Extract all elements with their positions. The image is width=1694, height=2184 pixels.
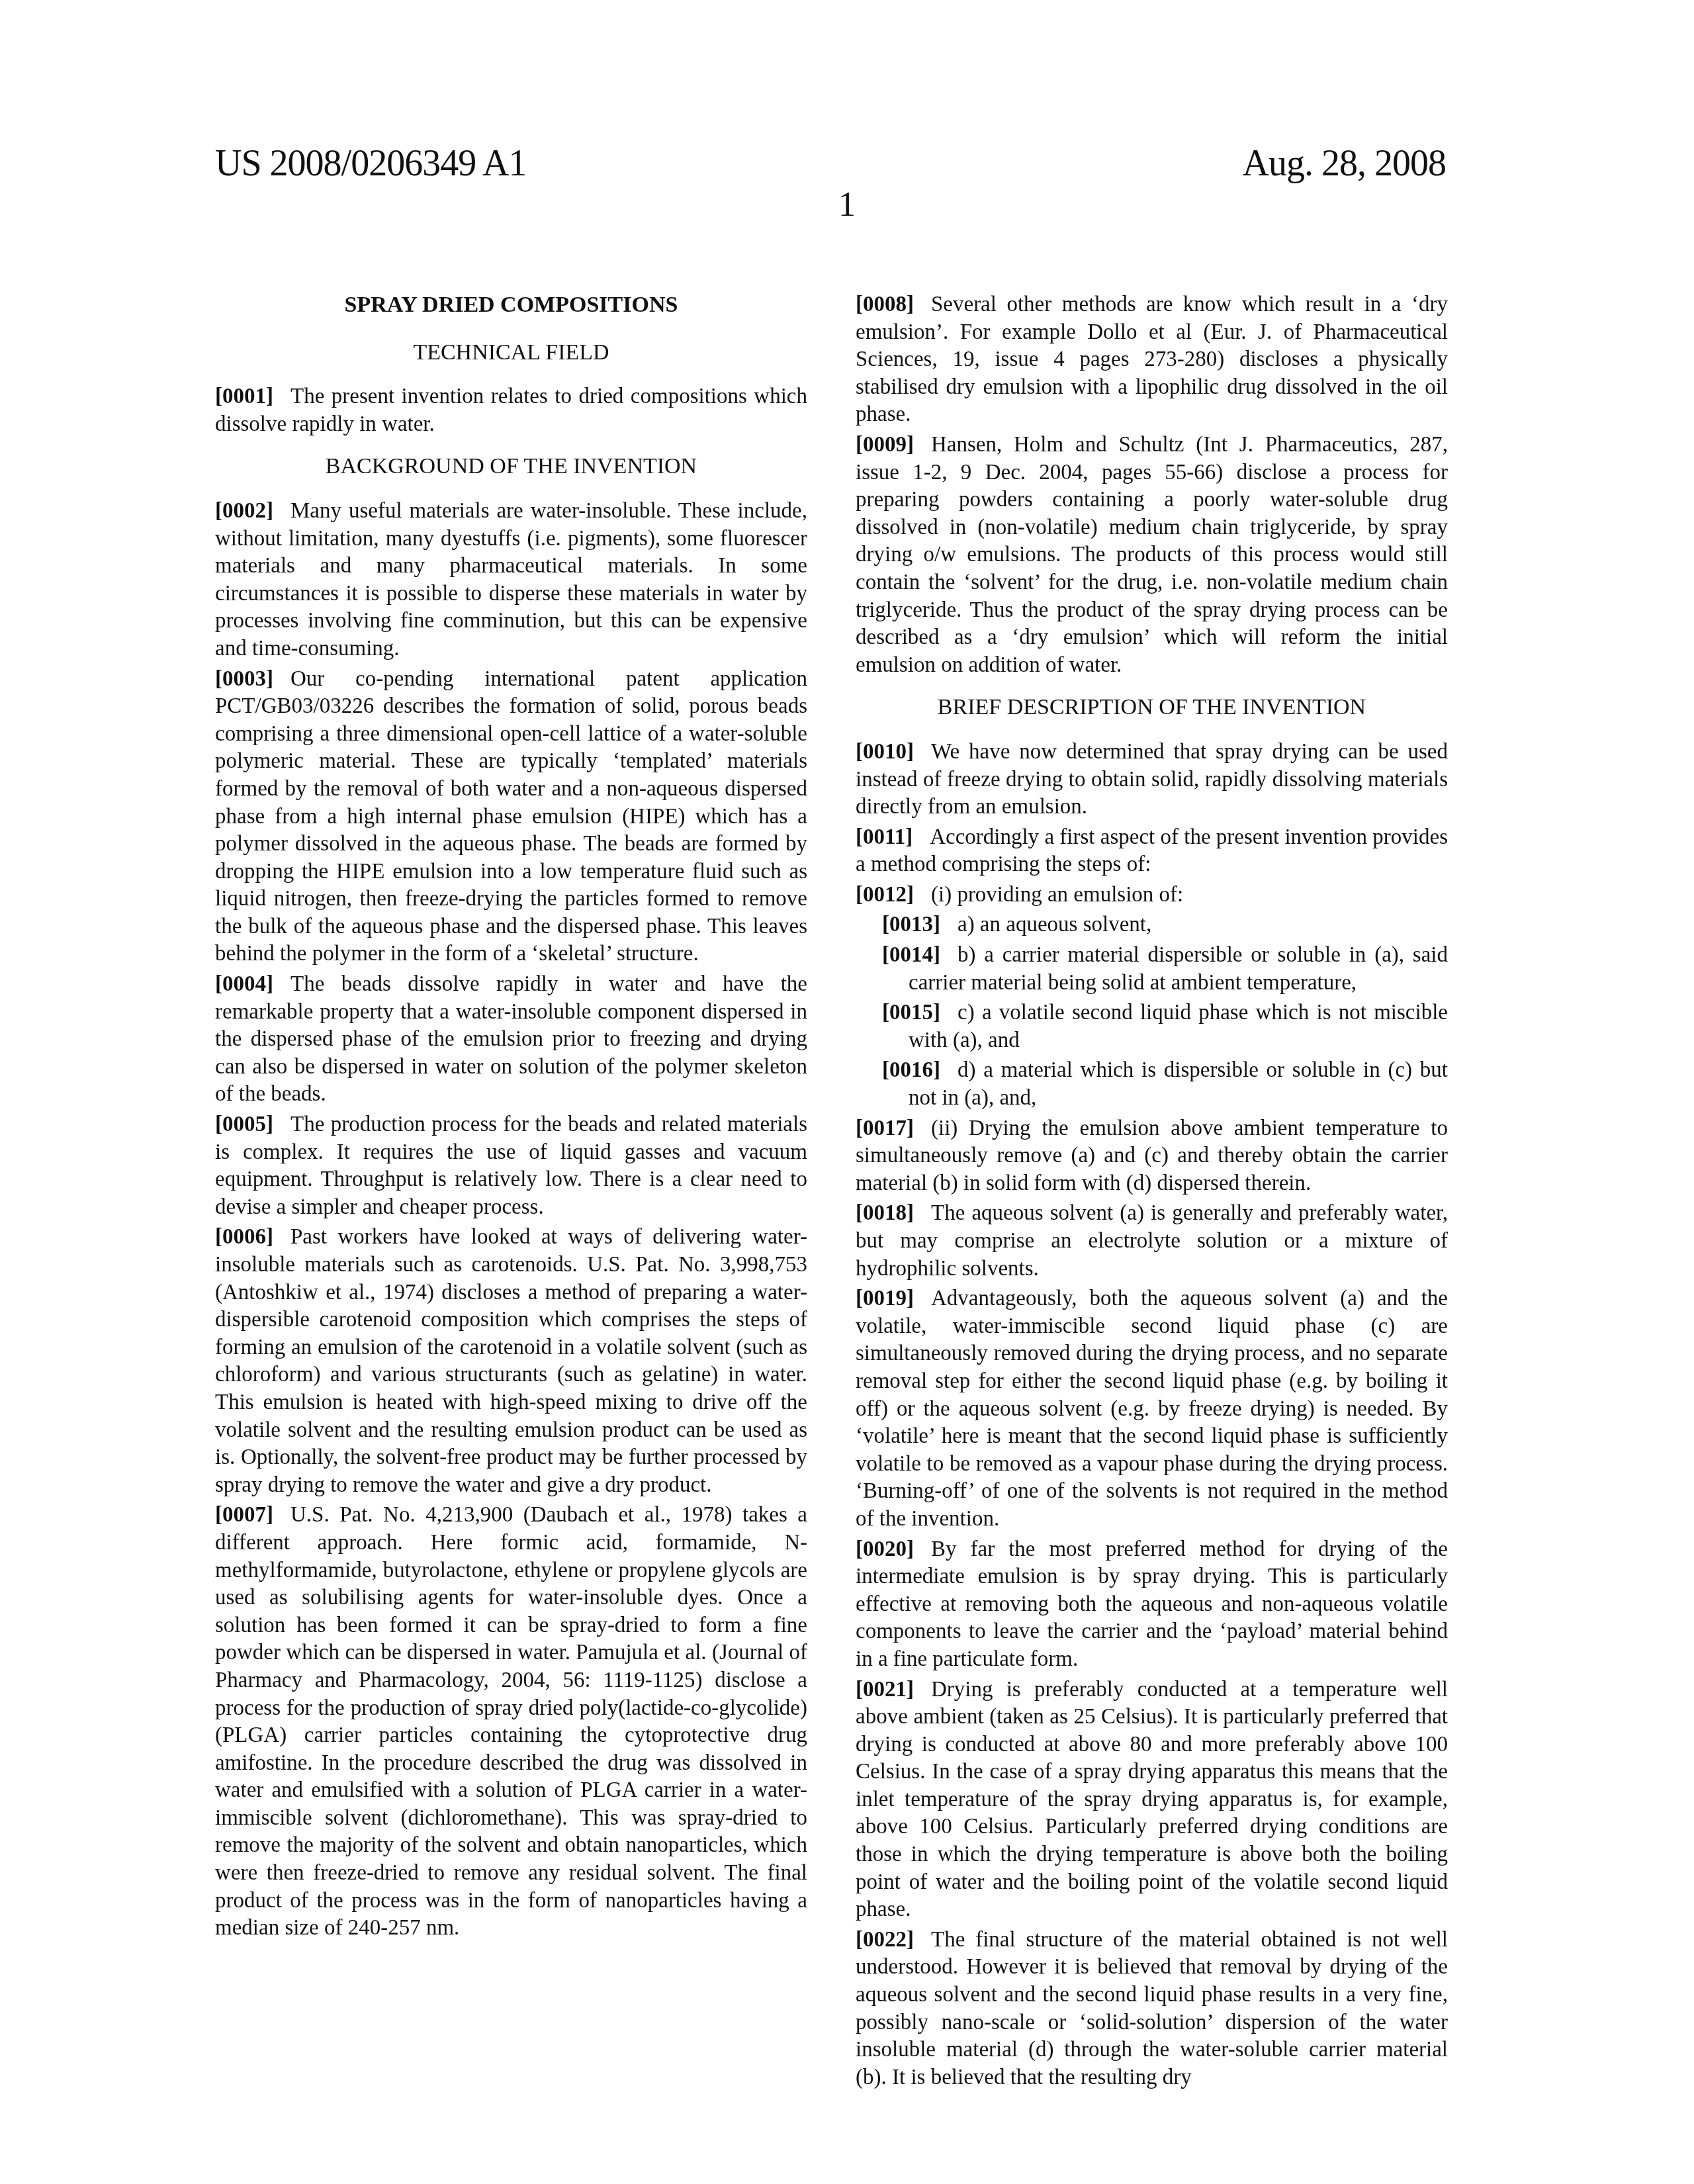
paragraph-text: Several other methods are know which res… <box>856 293 1448 426</box>
paragraph-0011: [0011]Accordingly a first aspect of the … <box>856 824 1448 879</box>
paragraph-number: [0010] <box>856 740 914 764</box>
paragraph-number: [0021] <box>856 1678 914 1702</box>
paragraph-0014: [0014]b) a carrier material dispersible … <box>882 942 1448 997</box>
paragraph-text: By far the most preferred method for dry… <box>856 1537 1448 1671</box>
paragraph-0020: [0020]By far the most preferred method f… <box>856 1536 1448 1674</box>
heading-brief-description: BRIEF DESCRIPTION OF THE INVENTION <box>856 694 1448 721</box>
paragraph-0017: [0017](ii) Drying the emulsion above amb… <box>856 1115 1448 1198</box>
paragraph-number: [0018] <box>856 1201 914 1225</box>
paragraph-0016: [0016]d) a material which is dispersible… <box>882 1057 1448 1112</box>
paragraph-number: [0020] <box>856 1537 914 1561</box>
paragraph-text: (i) providing an emulsion of: <box>931 883 1183 907</box>
paragraph-number: [0005] <box>215 1113 273 1136</box>
paragraph-0002: [0002]Many useful materials are water-in… <box>215 498 807 663</box>
patent-page: US 2008/0206349 A1 Aug. 28, 2008 1 SPRAY… <box>0 0 1694 2184</box>
paragraph-text: Many useful materials are water-insolubl… <box>215 499 807 660</box>
paragraph-number: [0017] <box>856 1116 914 1140</box>
left-column: SPRAY DRIED COMPOSITIONS TECHNICAL FIELD… <box>215 291 807 1945</box>
paragraph-text: d) a material which is dispersible or so… <box>909 1058 1448 1110</box>
right-column: [0008]Several other methods are know whi… <box>856 291 1448 2094</box>
paragraph-number: [0012] <box>856 883 914 907</box>
paragraph-text: a) an aqueous solvent, <box>958 913 1151 936</box>
paragraph-0006: [0006]Past workers have looked at ways o… <box>215 1224 807 1499</box>
paragraph-0012: [0012](i) providing an emulsion of: <box>856 882 1448 909</box>
publication-number: US 2008/0206349 A1 <box>215 142 527 185</box>
paragraph-text: (ii) Drying the emulsion above ambient t… <box>856 1116 1448 1195</box>
paragraph-text: Our co-pending international patent appl… <box>215 667 807 966</box>
paragraph-number: [0019] <box>856 1287 914 1310</box>
paragraph-text: The present invention relates to dried c… <box>215 385 807 436</box>
paragraph-0003: [0003]Our co-pending international paten… <box>215 666 807 969</box>
paragraph-0018: [0018]The aqueous solvent (a) is general… <box>856 1200 1448 1283</box>
paragraph-text: The beads dissolve rapidly in water and … <box>215 972 807 1106</box>
paragraph-text: Hansen, Holm and Schultz (Int J. Pharmac… <box>856 433 1448 677</box>
paragraph-number: [0006] <box>215 1225 273 1249</box>
heading-background: BACKGROUND OF THE INVENTION <box>215 453 807 480</box>
paragraph-number: [0014] <box>882 943 940 967</box>
paragraph-text: Advantageously, both the aqueous solvent… <box>856 1287 1448 1531</box>
paragraph-number: [0004] <box>215 972 273 996</box>
paragraph-0019: [0019]Advantageously, both the aqueous s… <box>856 1285 1448 1533</box>
paragraph-number: [0007] <box>215 1503 273 1527</box>
paragraph-0022: [0022]The final structure of the materia… <box>856 1927 1448 2092</box>
paragraph-text: The production process for the beads and… <box>215 1113 807 1219</box>
paragraph-text: b) a carrier material dispersible or sol… <box>909 943 1448 995</box>
paragraph-text: The final structure of the material obta… <box>856 1928 1448 2089</box>
paragraph-text: U.S. Pat. No. 4,213,900 (Daubach et al.,… <box>215 1503 807 1940</box>
paragraph-number: [0013] <box>882 913 940 936</box>
paragraph-number: [0001] <box>215 385 273 408</box>
paragraph-0007: [0007]U.S. Pat. No. 4,213,900 (Daubach e… <box>215 1502 807 1942</box>
paragraph-text: The aqueous solvent (a) is generally and… <box>856 1201 1448 1280</box>
paragraph-text: Drying is preferably conducted at a temp… <box>856 1678 1448 1922</box>
paragraph-0004: [0004]The beads dissolve rapidly in wate… <box>215 971 807 1109</box>
page-number: 1 <box>0 185 1694 224</box>
paragraph-0009: [0009]Hansen, Holm and Schultz (Int J. P… <box>856 432 1448 679</box>
paragraph-0021: [0021]Drying is preferably conducted at … <box>856 1676 1448 1924</box>
heading-technical-field: TECHNICAL FIELD <box>215 339 807 367</box>
paragraph-number: [0008] <box>856 293 914 316</box>
paragraph-number: [0022] <box>856 1928 914 1952</box>
paragraph-0001: [0001]The present invention relates to d… <box>215 383 807 438</box>
paragraph-0008: [0008]Several other methods are know whi… <box>856 291 1448 429</box>
paragraph-0015: [0015]c) a volatile second liquid phase … <box>882 999 1448 1054</box>
paragraph-text: c) a volatile second liquid phase which … <box>909 1001 1448 1052</box>
paragraph-number: [0011] <box>856 825 913 849</box>
paragraph-number: [0016] <box>882 1058 940 1082</box>
document-title: SPRAY DRIED COMPOSITIONS <box>215 291 807 319</box>
paragraph-number: [0002] <box>215 499 273 523</box>
paragraph-0005: [0005]The production process for the bea… <box>215 1111 807 1221</box>
publication-date: Aug. 28, 2008 <box>1243 142 1446 185</box>
paragraph-text: Past workers have looked at ways of deli… <box>215 1225 807 1496</box>
paragraph-text: Accordingly a first aspect of the presen… <box>856 825 1448 877</box>
paragraph-number: [0009] <box>856 433 914 457</box>
paragraph-0010: [0010]We have now determined that spray … <box>856 739 1448 821</box>
paragraph-number: [0015] <box>882 1001 940 1024</box>
paragraph-number: [0003] <box>215 667 273 691</box>
paragraph-text: We have now determined that spray drying… <box>856 740 1448 819</box>
paragraph-0013: [0013]a) an aqueous solvent, <box>882 911 1448 939</box>
